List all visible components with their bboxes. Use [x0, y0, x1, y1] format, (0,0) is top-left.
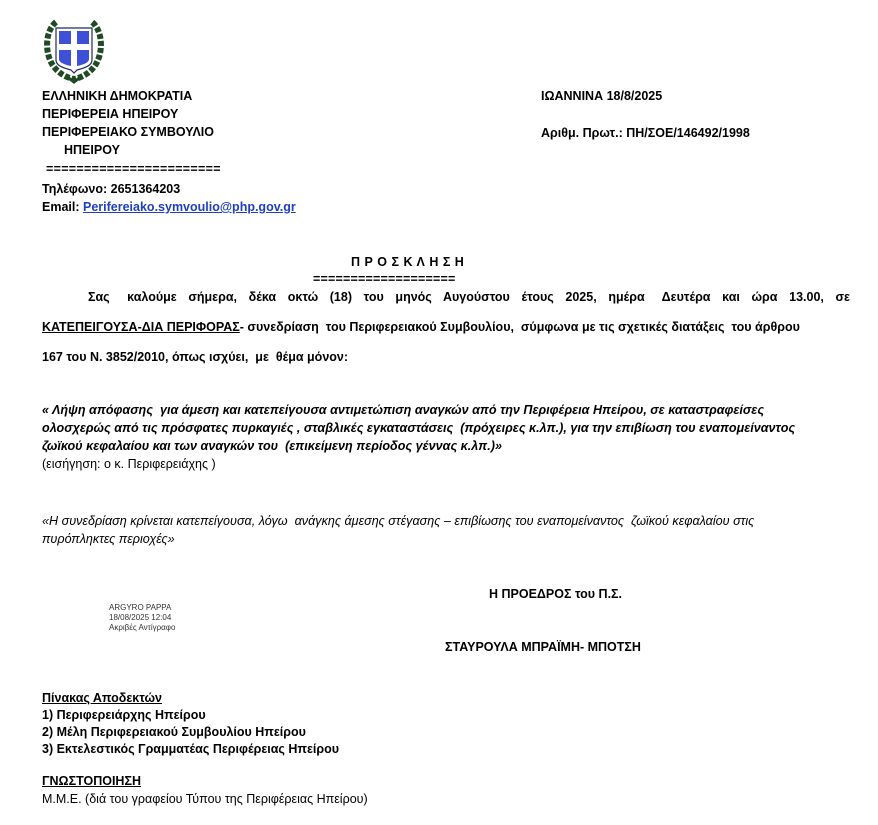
document-title: Π Ρ Ο Σ Κ Λ Η Σ Η — [351, 253, 464, 272]
body-line-3: 167 του Ν. 3852/2010, όπως ισχύει, με θέ… — [42, 350, 348, 364]
notification-text: Μ.Μ.Ε. (διά του γραφείου Τύπου της Περιφ… — [42, 790, 368, 808]
subject-line-1: « Λήψη απόφασης για άμεση και κατεπείγου… — [42, 401, 764, 419]
org-name-line-3: ΠΕΡΙΦΕΡΕΙΑΚΟ ΣΥΜΒΟΥΛΙΟ — [42, 123, 214, 142]
body-line-2: ΚΑΤΕΠΕΙΓΟΥΣΑ-ΔΙΑ ΠΕΡΙΦΟΡΑΣ- συνεδρίαση τ… — [42, 320, 850, 334]
email-label: Email: — [42, 200, 83, 214]
org-name-line-1: ΕΛΛΗΝΙΚΗ ΔΗΜΟΚΡΑΤΙΑ — [42, 87, 192, 106]
body-line-1: Σας καλούμε σήμερα, δέκα οκτώ (18) του μ… — [88, 290, 850, 304]
recipients-heading: Πίνακας Αποδεκτών — [42, 690, 162, 707]
subject-line-3: ζωϊκού κεφαλαίου και των αναγκών του (επ… — [42, 437, 502, 455]
notification-heading: ΓΝΩΣΤΟΠΟΙΗΣΗ — [42, 773, 141, 790]
stamp-datetime: 18/08/2025 12:04 — [109, 613, 171, 623]
email-link[interactable]: Perifereiako.symvoulio@php.gov.gr — [83, 200, 296, 214]
header-separator: ======================= — [46, 160, 221, 179]
signatory-role: Η ΠΡΟΕΔΡΟΣ του Π.Σ. — [489, 585, 622, 604]
greek-coat-of-arms-icon — [42, 16, 106, 84]
protocol-number: Αριθμ. Πρωτ.: ΠΗ/ΣΟΕ/146492/1998 — [541, 124, 750, 143]
place-date: ΙΩΑΝΝΙΝΑ 18/8/2025 — [541, 87, 662, 106]
urgency-line-1: «Η συνεδρίαση κρίνεται κατεπείγουσα, λόγ… — [42, 512, 754, 530]
stamp-note: Ακριβές Αντίγραφο — [109, 623, 175, 633]
email-line: Email: Perifereiako.symvoulio@php.gov.gr — [42, 198, 296, 217]
org-name-line-2: ΠΕΡΙΦΕΡΕΙΑ ΗΠΕΙΡΟΥ — [42, 105, 178, 124]
title-underline: =================== — [313, 270, 456, 289]
recipient-item: 3) Εκτελεστικός Γραμματέας Περιφέρειας Η… — [42, 741, 339, 758]
urgency-line-2: πυρόπληκτες περιοχές» — [42, 530, 175, 548]
signatory-name: ΣΤΑΥΡΟΥΛΑ ΜΠΡΑΪΜΗ- ΜΠΟΤΣΗ — [445, 638, 641, 657]
stamp-name: ARGYRO PAPPA — [109, 603, 171, 613]
rapporteur: (εισήγηση: ο κ. Περιφερειάχης ) — [42, 455, 216, 473]
phone-number: Τηλέφωνο: 2651364203 — [42, 180, 180, 199]
recipient-item: 1) Περιφερειάρχης Ηπείρου — [42, 707, 206, 724]
body-line-2-text: - συνεδρίαση του Περιφερειακού Συμβουλίο… — [240, 320, 800, 334]
recipient-item: 2) Μέλη Περιφερειακού Συμβουλίου Ηπείρου — [42, 724, 306, 741]
subject-line-2: ολοσχερώς από τις πρόσφατες πυρκαγιές , … — [42, 419, 795, 437]
org-name-line-4: ΗΠΕΙΡΟΥ — [64, 141, 120, 160]
urgent-label: ΚΑΤΕΠΕΙΓΟΥΣΑ-ΔΙΑ ΠΕΡΙΦΟΡΑΣ — [42, 320, 240, 334]
